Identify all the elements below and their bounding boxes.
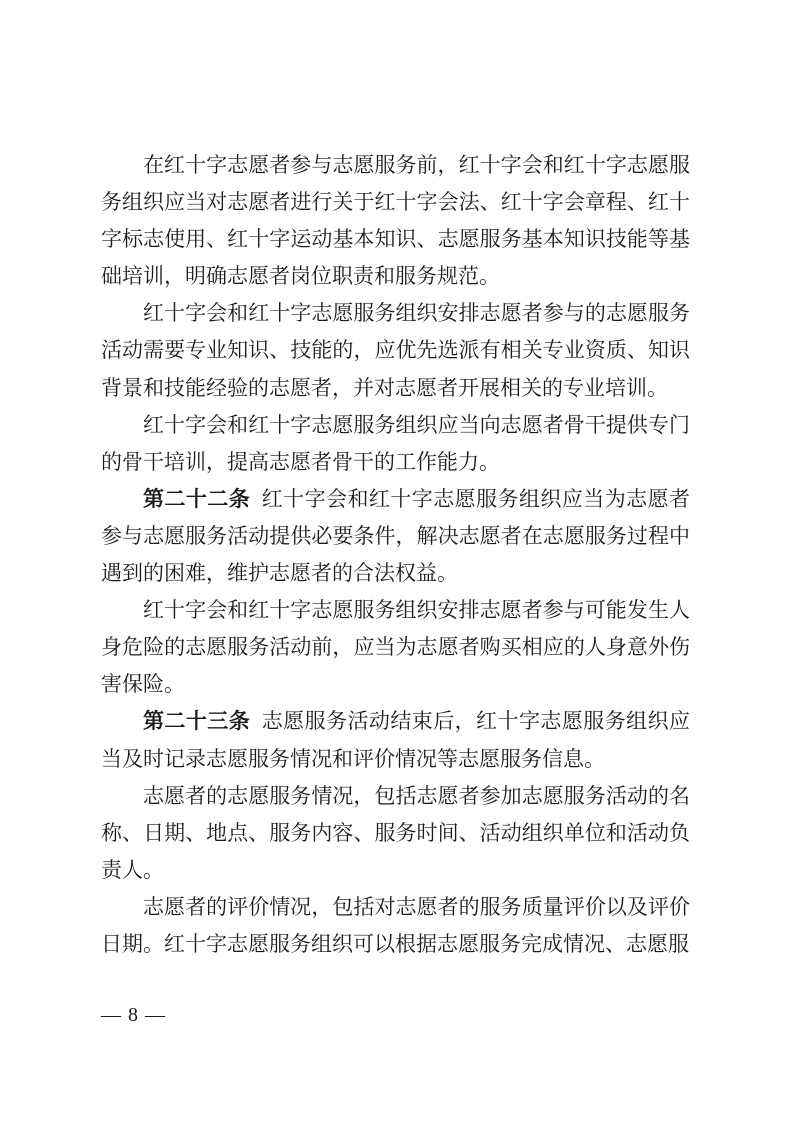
paragraph-text: 在红十字志愿者参与志愿服务前，红十字会和红十字志愿服务组织应当对志愿者进行关于红… [101,153,690,288]
article-number-23: 第二十三条 [143,709,250,733]
paragraph-backbone-training: 红十字会和红十字志愿服务组织应当向志愿者骨干提供专门的骨干培训，提高志愿者骨干的… [101,407,690,481]
paragraph-professional-training: 红十字会和红十字志愿服务组织安排志愿者参与的志愿服务活动需要专业知识、技能的，应… [101,295,690,406]
paragraph-text: 红十字会和红十字志愿服务组织安排志愿者参与的志愿服务活动需要专业知识、技能的，应… [101,301,690,399]
paragraph-article-23: 第二十三条志愿服务活动结束后，红十字志愿服务组织应当及时记录志愿服务情况和评价情… [101,703,690,777]
page-footer: — 8 — [101,1003,166,1027]
paragraph-text: 红十字会和红十字志愿服务组织安排志愿者参与可能发生人身危险的志愿服务活动前，应当… [101,598,690,696]
paragraph-text: 志愿者的评价情况，包括对志愿者的服务质量评价以及评价日期。红十字志愿服务组织可以… [101,895,690,956]
paragraph-insurance: 红十字会和红十字志愿服务组织安排志愿者参与可能发生人身危险的志愿服务活动前，应当… [101,592,690,703]
paragraph-evaluation-record: 志愿者的评价情况，包括对志愿者的服务质量评价以及评价日期。红十字志愿服务组织可以… [101,889,690,963]
paragraph-article-22: 第二十二条红十字会和红十字志愿服务组织应当为志愿者参与志愿服务活动提供必要条件，… [101,481,690,592]
paragraph-training-basic: 在红十字志愿者参与志愿服务前，红十字会和红十字志愿服务组织应当对志愿者进行关于红… [101,147,690,295]
article-number-22: 第二十二条 [143,487,250,511]
paragraph-text: 志愿者的志愿服务情况，包括志愿者参加志愿服务活动的名称、日期、地点、服务内容、服… [101,784,690,882]
paragraph-text: 红十字会和红十字志愿服务组织应当向志愿者骨干提供专门的骨干培训，提高志愿者骨干的… [101,413,690,474]
document-page: 在红十字志愿者参与志愿服务前，红十字会和红十字志愿服务组织应当对志愿者进行关于红… [0,0,794,1123]
paragraph-service-record: 志愿者的志愿服务情况，包括志愿者参加志愿服务活动的名称、日期、地点、服务内容、服… [101,778,690,889]
page-number: — 8 — [101,1004,166,1026]
document-body: 在红十字志愿者参与志愿服务前，红十字会和红十字志愿服务组织应当对志愿者进行关于红… [101,147,690,963]
